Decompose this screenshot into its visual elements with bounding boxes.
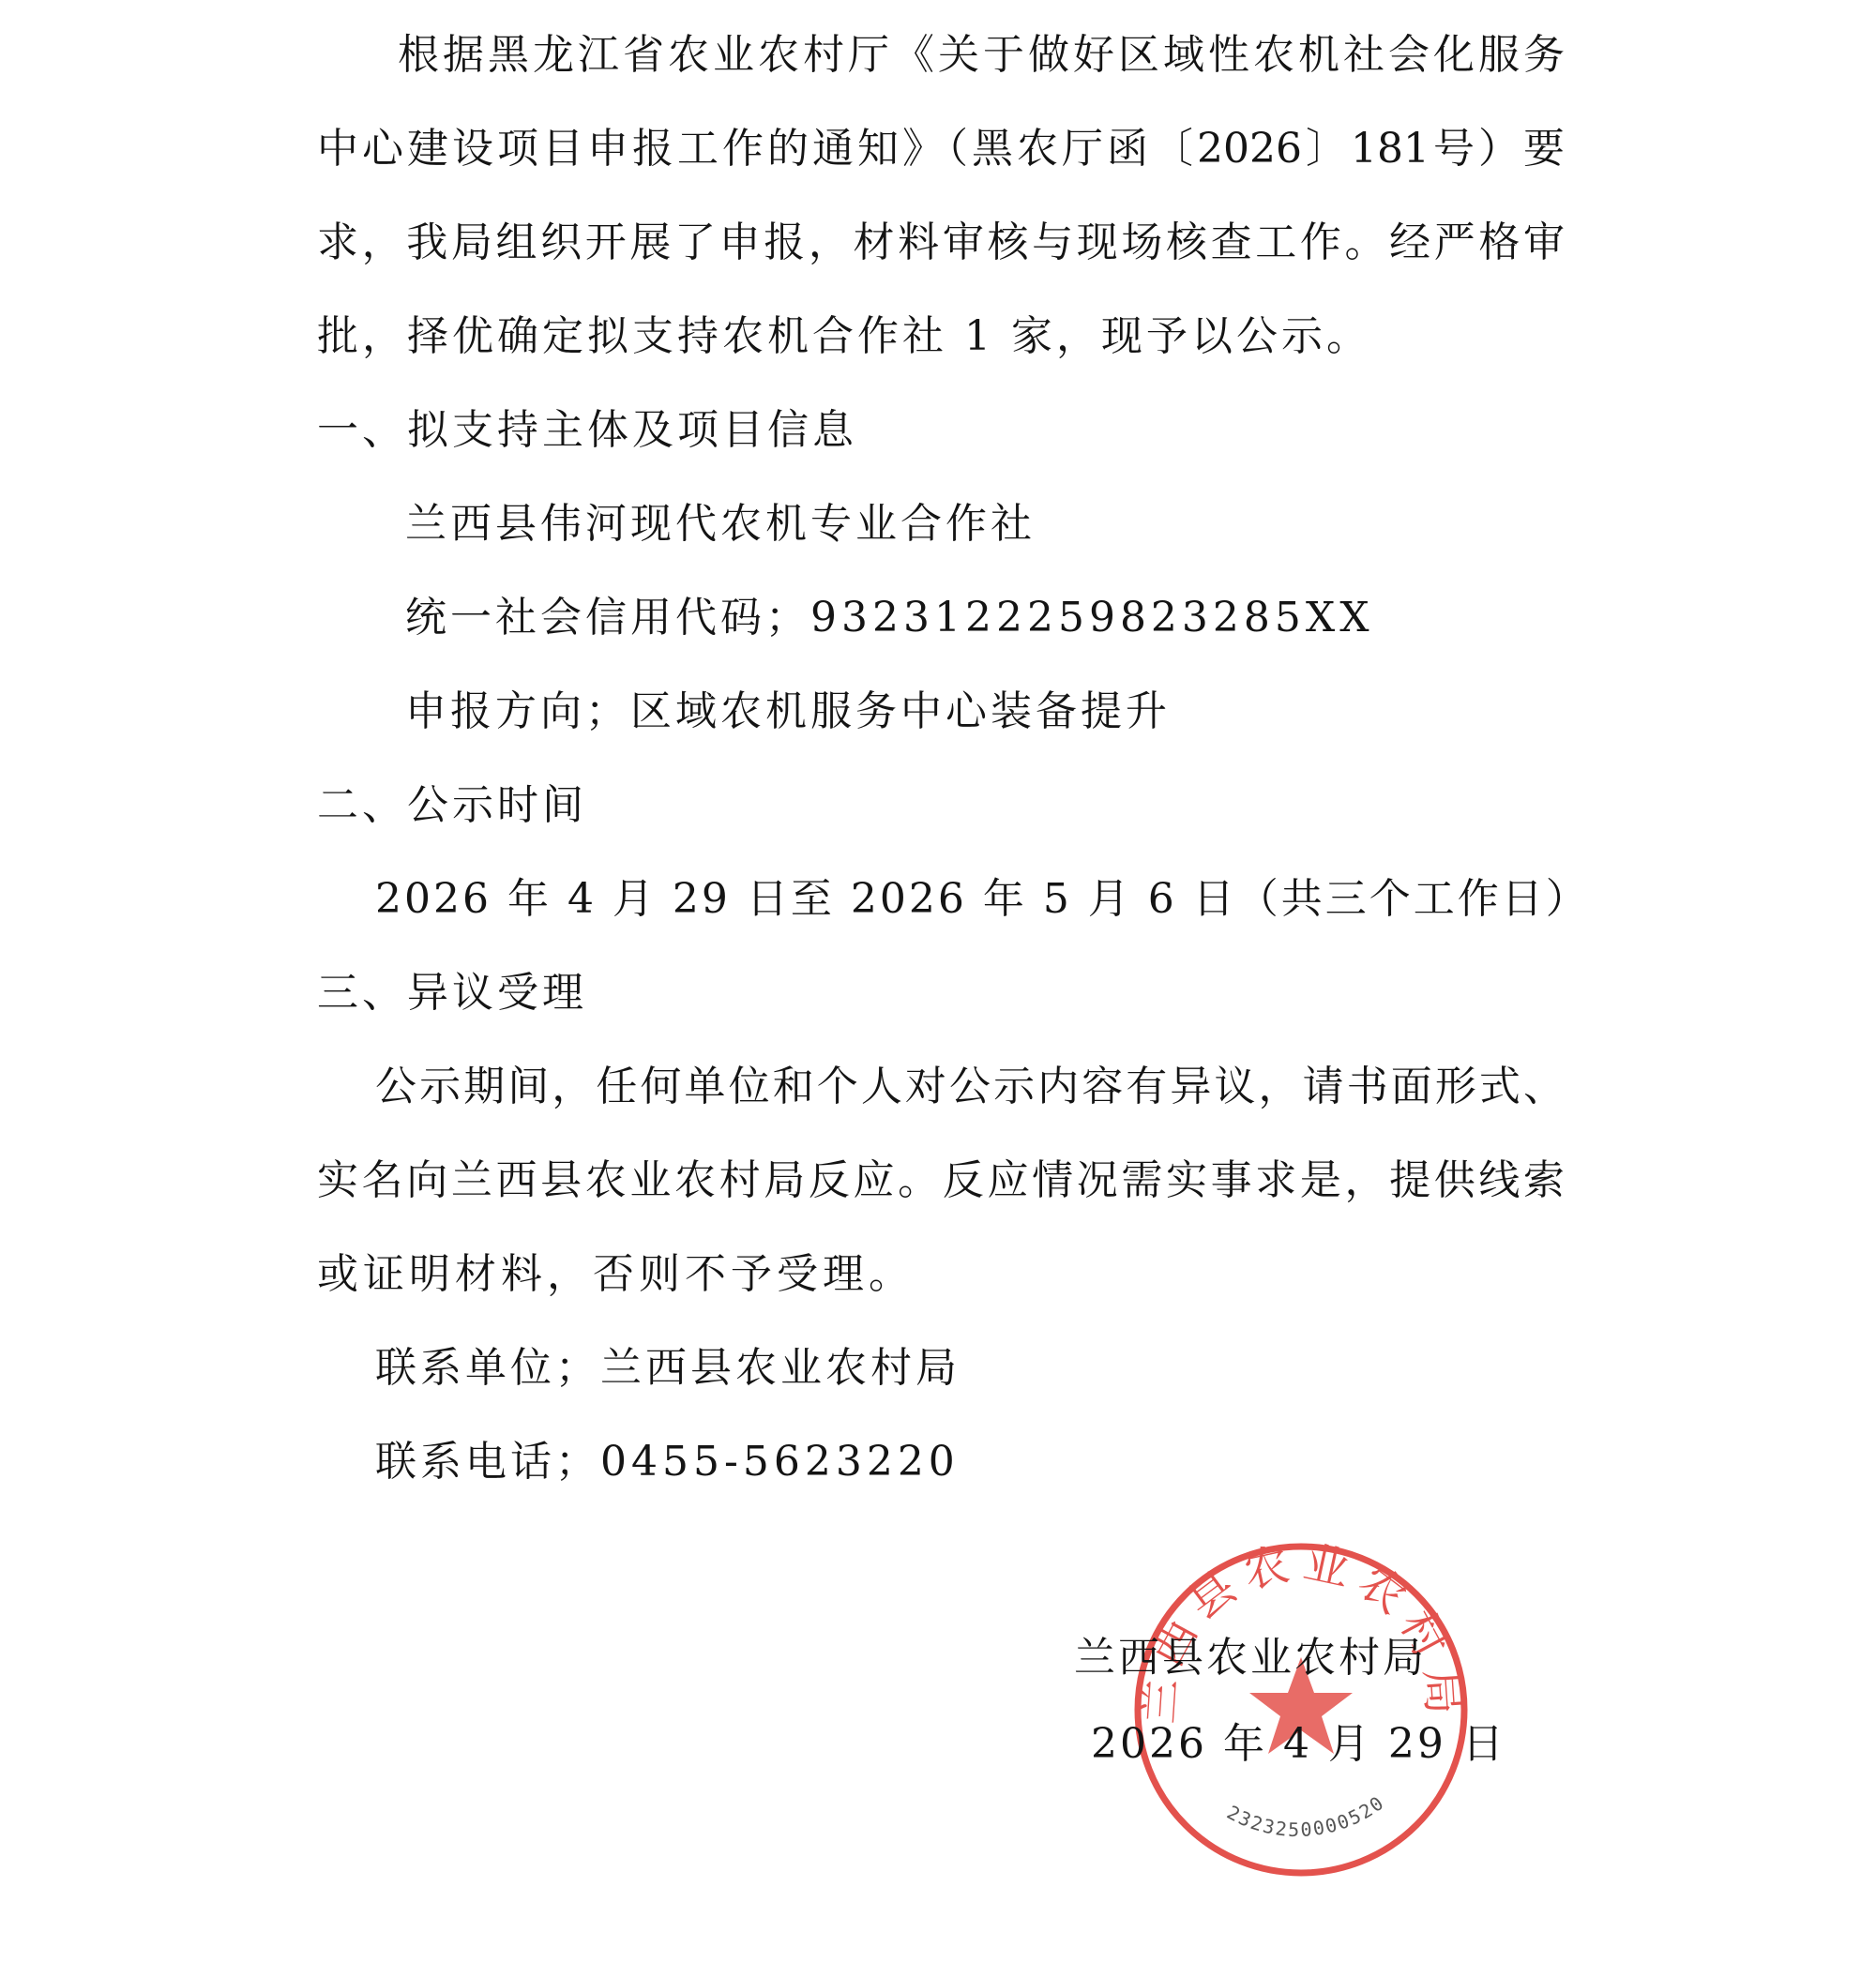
- intro-line-3: 求，我局组织开展了申报，材料审核与现场核查工作。经严格审: [317, 215, 1565, 271]
- contact-phone-value: 0455-5623220: [600, 1438, 960, 1486]
- direction-value: 区域农机服务中心装备提升: [630, 687, 1171, 735]
- publicity-period: 2026 年 4 月 29 日至 2026 年 5 月 6 日（共三个工作日）: [375, 871, 1590, 928]
- seal-code: 2323250000520: [1223, 1790, 1389, 1841]
- direction-row: 申报方向；区域农机服务中心装备提升: [405, 684, 1171, 740]
- issue-date: 2026 年 4 月 29 日: [1091, 1716, 1506, 1773]
- section1-heading: 一、拟支持主体及项目信息: [317, 402, 857, 459]
- credit-code-label: 统一社会信用代码；: [405, 594, 810, 641]
- objection-line-1: 公示期间，任何单位和个人对公示内容有异议，请书面形式、: [375, 1059, 1565, 1115]
- contact-phone-label: 联系电话；: [375, 1438, 600, 1486]
- contact-unit-row: 联系单位；兰西县农业农村局: [375, 1340, 961, 1396]
- direction-label: 申报方向；: [405, 687, 630, 735]
- contact-unit-label: 联系单位；: [375, 1344, 600, 1392]
- intro-line-1: 根据黑龙江省农业农村厅《关于做好区域性农机社会化服务: [398, 27, 1565, 83]
- intro-line-2: 中心建设项目申报工作的通知》（黑农厅函〔2026〕181号）要: [317, 121, 1565, 177]
- entity-name: 兰西县伟河现代农机专业合作社: [405, 496, 1036, 552]
- official-seal: 兰西县农业农村局 2323250000520: [1131, 1540, 1471, 1879]
- contact-phone-row: 联系电话；0455-5623220: [375, 1434, 960, 1490]
- section2-heading: 二、公示时间: [317, 777, 587, 834]
- credit-code-row: 统一社会信用代码；9323122259823285XX: [405, 590, 1374, 646]
- objection-line-3: 或证明材料，否则不予受理。: [317, 1246, 915, 1303]
- contact-unit-value: 兰西县农业农村局: [600, 1344, 961, 1392]
- section3-heading: 三、异议受理: [317, 965, 587, 1021]
- issuer-name: 兰西县农业农村局: [1074, 1630, 1427, 1686]
- objection-line-2: 实名向兰西县农业农村局反应。反应情况需实事求是，提供线索: [317, 1153, 1565, 1209]
- intro-line-4: 批，择优确定拟支持农机合作社 1 家，现予以公示。: [317, 309, 1371, 365]
- credit-code-value: 9323122259823285XX: [810, 594, 1374, 641]
